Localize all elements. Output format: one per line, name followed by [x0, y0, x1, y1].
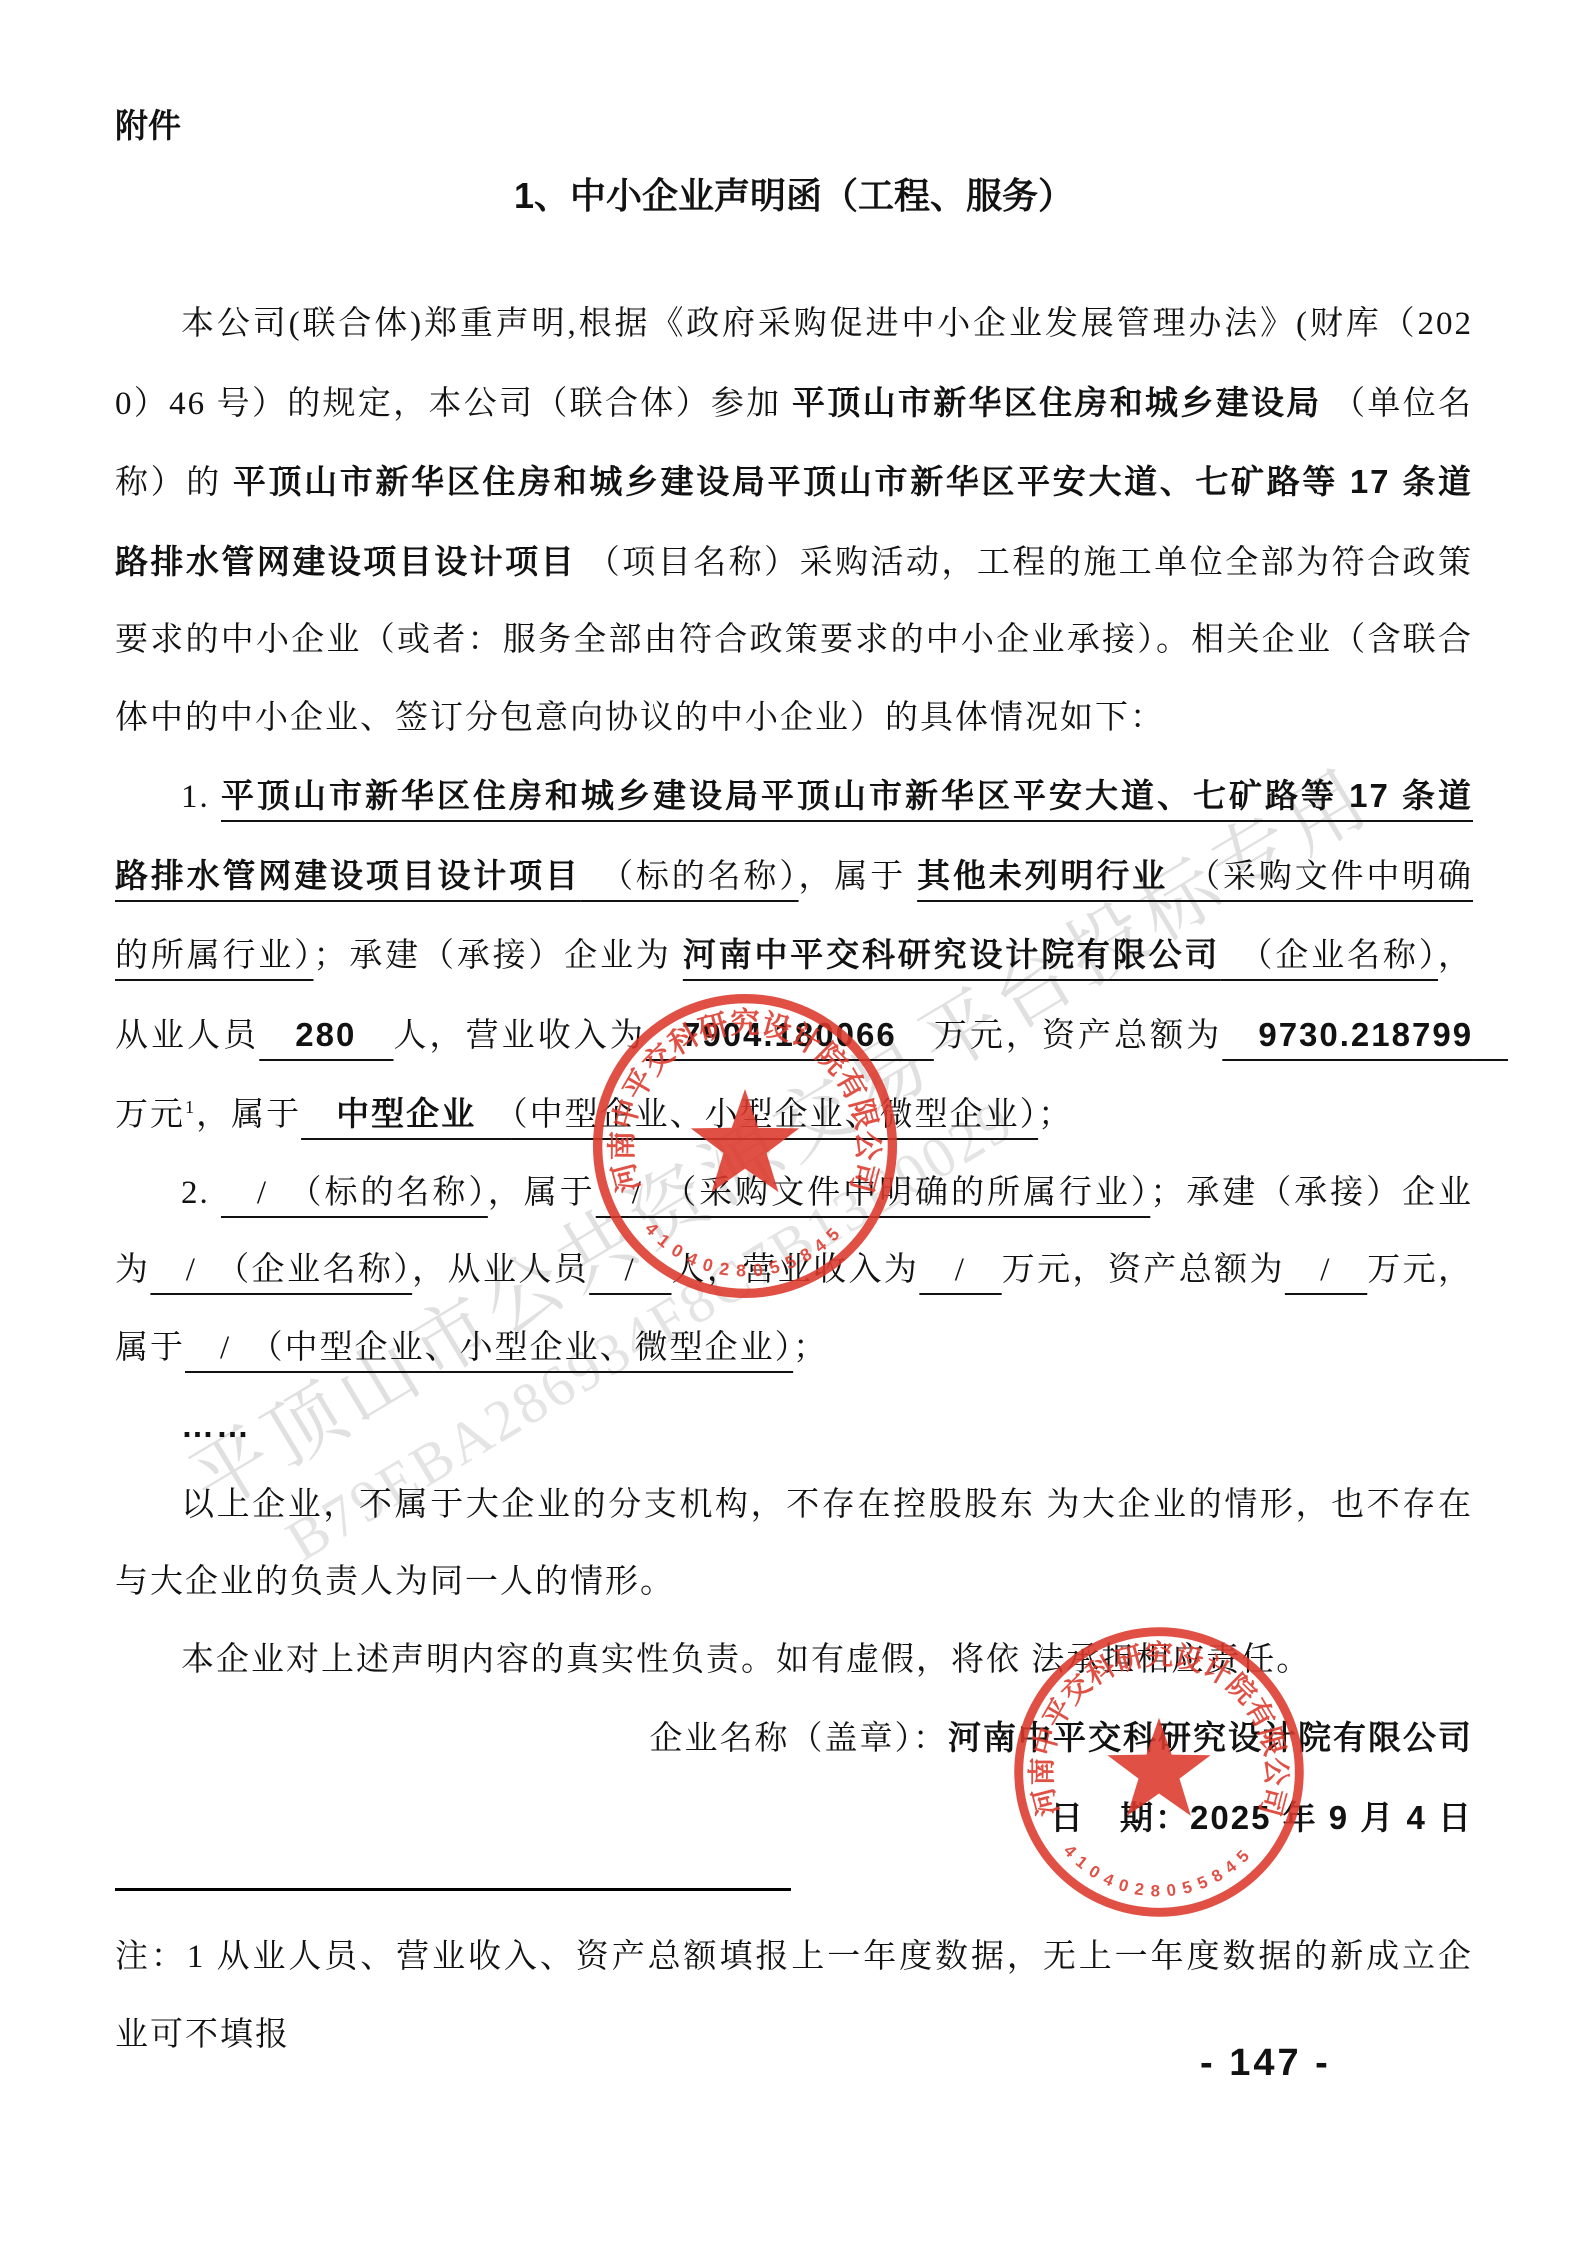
intro-paragraph: 本公司(联合体)郑重声明,根据《政府采购促进中小企业发展管理办法》(财库（202… — [115, 286, 1473, 757]
text-segment: ；承建（承接）企业为 — [313, 938, 682, 974]
text-segment: 中型企业 — [301, 1095, 511, 1132]
text-segment: 万元，资产总额为 — [1002, 1252, 1285, 1288]
footnote-divider — [115, 1888, 791, 1891]
text-segment: ，属于 — [196, 1097, 301, 1133]
attachment-label: 附件 — [115, 0, 1473, 148]
text-segment: 企业名称（盖章）： — [650, 1721, 949, 1757]
text-segment: 万元，资产总额为 — [934, 1018, 1222, 1054]
text-segment: 2. — [181, 1175, 221, 1211]
text-segment: 以上企业，不属于大企业的分支机构，不存在控股股东 为大企业的情形，也不存在与大企… — [115, 1487, 1473, 1601]
company-seal-middle: 河南中平交科研究设计院有限公司 4104028055845 — [578, 979, 912, 1313]
text-segment: 其他未列明行业 — [917, 857, 1168, 894]
text-segment: / （中型企业、小型企业、微型企业） — [185, 1330, 793, 1366]
ellipsis-line: …… — [115, 1387, 1473, 1467]
text-segment: ； — [793, 1330, 828, 1366]
text-segment: 9730.218799 — [1222, 1016, 1508, 1053]
text-segment: ，从业人员 — [412, 1252, 589, 1288]
text-segment: …… — [181, 1407, 251, 1444]
text-segment: （企业名称） — [1220, 938, 1438, 974]
text-segment: 1. — [181, 779, 221, 815]
text-segment: ，属于 — [799, 859, 918, 895]
text-segment: / （标的名称） — [221, 1175, 488, 1211]
seal-star-icon — [1107, 1718, 1210, 1816]
company-seal-bottom: 河南中平交科研究设计院有限公司 4104028055845 — [1000, 1613, 1318, 1931]
page-number: - 147 - — [1200, 2042, 1331, 2085]
document-page: 平顶山市公共资源交易平台投标专用 B79EBA286934F8C7B13E002… — [0, 0, 1587, 2245]
text-segment: 280 — [259, 1016, 393, 1053]
text-segment: / — [1285, 1252, 1367, 1288]
text-segment: 万元 — [115, 1097, 185, 1133]
text-segment: ； — [1038, 1097, 1073, 1133]
page-title: 1、中小企业声明函（工程、服务） — [115, 172, 1473, 220]
text-segment: 注：1 从业人员、营业收入、资产总额填报上一年度数据，无上一年度数据的新成立企业… — [115, 1939, 1473, 2053]
text-segment: 平顶山市新华区住房和城乡建设局 — [792, 384, 1322, 421]
text-segment: （标的名称） — [581, 859, 799, 895]
declaration-no-big-enterprise: 以上企业，不属于大企业的分支机构，不存在控股股东 为大企业的情形，也不存在与大企… — [115, 1467, 1473, 1622]
text-segment: / — [919, 1252, 1001, 1288]
text-segment: 河南中平交科研究设计院有限公司 — [683, 936, 1220, 973]
text-segment: 1 — [185, 1097, 196, 1117]
seal-star-icon — [691, 1089, 799, 1192]
text-segment: / （企业名称） — [150, 1252, 412, 1288]
